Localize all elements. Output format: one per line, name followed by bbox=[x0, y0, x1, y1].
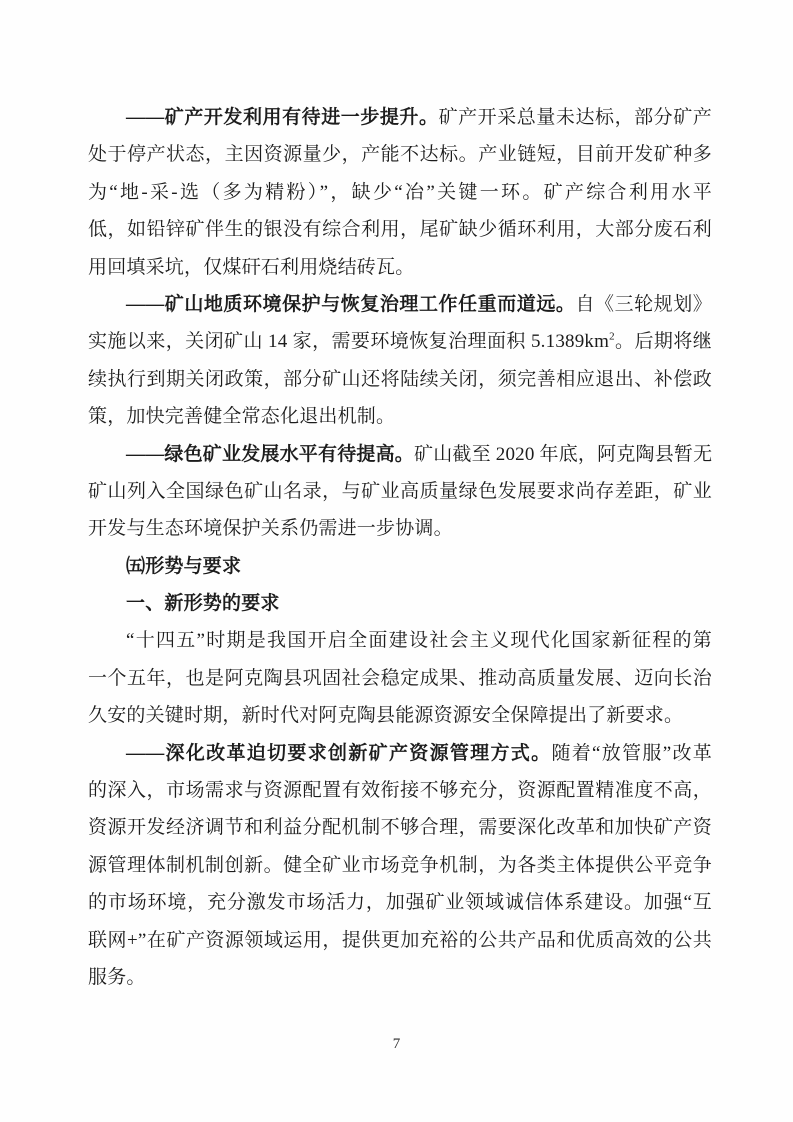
bold-lead-text: ——矿山地质环境保护与恢复治理工作任重而道远。 bbox=[126, 294, 575, 315]
bold-lead-text: ——绿色矿业发展水平有待提高。 bbox=[126, 444, 414, 465]
text-line: ——矿山地质环境保护与恢复治理工作任重而道远。自《三轮规划》 bbox=[88, 286, 712, 323]
body-text: 策，加快完善健全常态化退出机制。 bbox=[88, 406, 395, 427]
text-line: 为“地-采-选（多为精粉）”，缺少“冶”关键一环。矿产综合利用水平 bbox=[88, 174, 712, 211]
body-text: 的深入，市场需求与资源配置有效衔接不够充分，资源配置精准度不高， bbox=[88, 780, 712, 801]
body-text: 为“地-采-选（多为精粉）”，缺少“冶”关键一环。矿产综合利用水平 bbox=[88, 182, 712, 203]
text-line: 资源开发经济调节和利益分配机制不够合理，需要深化改革和加快矿产资 bbox=[88, 809, 712, 846]
body-text: 服务。 bbox=[88, 967, 146, 988]
body-text: 的市场环境，充分激发市场活力，加强矿业领域诚信体系建设。加强“互 bbox=[88, 892, 712, 913]
body-text: 矿山截至 2020 年底，阿克陶县暂无 bbox=[414, 444, 712, 465]
body-text: 处于停产状态，主因资源量少，产能不达标。产业链短，目前开发矿种多 bbox=[88, 144, 712, 165]
text-line: 久安的关键时期，新时代对阿克陶县能源资源安全保障提出了新要求。 bbox=[88, 697, 712, 734]
text-line: 源管理体制机制创新。健全矿业市场竞争机制，为各类主体提供公平竞争 bbox=[88, 847, 712, 884]
document-body: ——矿产开发利用有待进一步提升。矿产开采总量未达标，部分矿产处于停产状态，主因资… bbox=[88, 99, 712, 996]
body-text: 联网+”在矿产资源领域运用，提供更加充裕的公共产品和优质高效的公共 bbox=[88, 930, 712, 951]
text-line: ——绿色矿业发展水平有待提高。矿山截至 2020 年底，阿克陶县暂无 bbox=[88, 436, 712, 473]
bold-lead-text: ㈤形势与要求 bbox=[126, 556, 241, 577]
body-text: 用回填采坑，仅煤矸石利用烧结砖瓦。 bbox=[88, 257, 414, 278]
text-line: 的市场环境，充分激发市场活力，加强矿业领域诚信体系建设。加强“互 bbox=[88, 884, 712, 921]
text-line: 用回填采坑，仅煤矸石利用烧结砖瓦。 bbox=[88, 249, 712, 286]
text-line: 开发与生态环境保护关系仍需进一步协调。 bbox=[88, 510, 712, 547]
body-text: “十四五”时期是我国开启全面建设社会主义现代化国家新征程的第 bbox=[126, 630, 712, 651]
body-text: 随着“放管服”改革 bbox=[551, 743, 712, 764]
section-heading: ㈤形势与要求 bbox=[88, 548, 712, 585]
text-line: ——深化改革迫切要求创新矿产资源管理方式。随着“放管服”改革 bbox=[88, 735, 712, 772]
section-heading: 一、新形势的要求 bbox=[88, 585, 712, 622]
text-line: ——矿产开发利用有待进一步提升。矿产开采总量未达标，部分矿产 bbox=[88, 99, 712, 136]
bold-lead-text: ——矿产开发利用有待进一步提升。 bbox=[126, 107, 439, 128]
text-line: 矿山列入全国绿色矿山名录，与矿业高质量绿色发展要求尚存差距，矿业 bbox=[88, 473, 712, 510]
bold-lead-text: 一、新形势的要求 bbox=[126, 593, 280, 614]
page-number: 7 bbox=[0, 1036, 793, 1053]
text-line: 一个五年，也是阿克陶县巩固社会稳定成果、推动高质量发展、迈向长治 bbox=[88, 660, 712, 697]
text-line: 联网+”在矿产资源领域运用，提供更加充裕的公共产品和优质高效的公共 bbox=[88, 922, 712, 959]
body-text: 资源开发经济调节和利益分配机制不够合理，需要深化改革和加快矿产资 bbox=[88, 817, 712, 838]
body-text: 源管理体制机制创新。健全矿业市场竞争机制，为各类主体提供公平竞争 bbox=[88, 855, 712, 876]
body-text: 一个五年，也是阿克陶县巩固社会稳定成果、推动高质量发展、迈向长治 bbox=[88, 668, 712, 689]
text-line: 的深入，市场需求与资源配置有效衔接不够充分，资源配置精准度不高， bbox=[88, 772, 712, 809]
body-text: 实施以来，关闭矿山 14 家，需要环境恢复治理面积 5.1389km bbox=[88, 331, 609, 352]
text-line: 服务。 bbox=[88, 959, 712, 996]
body-text: 开发与生态环境保护关系仍需进一步协调。 bbox=[88, 518, 453, 539]
text-line: 续执行到期关闭政策，部分矿山还将陆续关闭，须完善相应退出、补偿政 bbox=[88, 361, 712, 398]
body-text: 低，如铅锌矿伴生的银没有综合利用，尾矿缺少循环利用，大部分废石利 bbox=[88, 219, 712, 240]
body-text: 。后期将继 bbox=[615, 331, 712, 352]
body-text: 续执行到期关闭政策，部分矿山还将陆续关闭，须完善相应退出、补偿政 bbox=[88, 369, 712, 390]
text-line: 低，如铅锌矿伴生的银没有综合利用，尾矿缺少循环利用，大部分废石利 bbox=[88, 211, 712, 248]
bold-lead-text: ——深化改革迫切要求创新矿产资源管理方式。 bbox=[126, 743, 551, 764]
text-line: 策，加快完善健全常态化退出机制。 bbox=[88, 398, 712, 435]
text-line: “十四五”时期是我国开启全面建设社会主义现代化国家新征程的第 bbox=[88, 622, 712, 659]
body-text: 矿产开采总量未达标，部分矿产 bbox=[439, 107, 712, 128]
body-text: 矿山列入全国绿色矿山名录，与矿业高质量绿色发展要求尚存差距，矿业 bbox=[88, 481, 712, 502]
document-page: ——矿产开发利用有待进一步提升。矿产开采总量未达标，部分矿产处于停产状态，主因资… bbox=[0, 0, 793, 1122]
body-text: 自《三轮规划》 bbox=[575, 294, 712, 315]
text-line: 处于停产状态，主因资源量少，产能不达标。产业链短，目前开发矿种多 bbox=[88, 136, 712, 173]
text-line: 实施以来，关闭矿山 14 家，需要环境恢复治理面积 5.1389km2。后期将继 bbox=[88, 323, 712, 360]
body-text: 久安的关键时期，新时代对阿克陶县能源资源安全保障提出了新要求。 bbox=[88, 705, 683, 726]
